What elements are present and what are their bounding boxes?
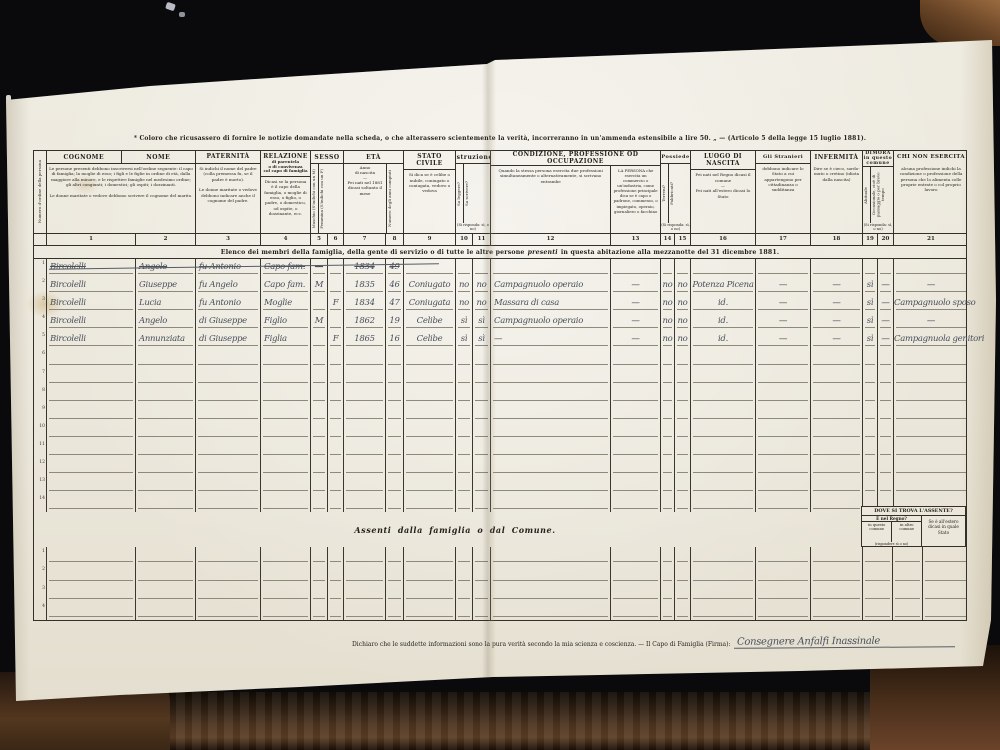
cell-professione xyxy=(491,349,611,367)
cell-anno xyxy=(344,440,386,458)
cell-nome xyxy=(136,584,196,602)
cell-nascita: Potenza Picena xyxy=(691,277,756,295)
cell-professione xyxy=(491,386,611,404)
cell-nome xyxy=(136,458,196,476)
cell-nascita: id. xyxy=(691,313,756,331)
cell-cognome xyxy=(47,602,136,620)
cell-m xyxy=(311,565,328,583)
cell-nascita xyxy=(691,368,756,386)
cell-paternita xyxy=(196,440,261,458)
cell-nome xyxy=(136,440,196,458)
cell-legge: no xyxy=(456,295,473,313)
cell-f xyxy=(328,277,344,295)
table-row: 6 xyxy=(34,349,966,367)
cell-dove2 xyxy=(893,547,923,565)
cell-stato: Coniugato xyxy=(404,277,456,295)
cell-persona: — xyxy=(611,331,661,349)
cell-cognome xyxy=(47,458,136,476)
cell-relazione xyxy=(261,386,311,404)
head-of-family-signature: Consegnere Anfalfi Inassinale xyxy=(734,635,955,649)
cell-professione xyxy=(491,259,611,277)
table-row: 4BircolelliAngelodi GiuseppeFiglioM18621… xyxy=(34,313,966,331)
cell-paternita xyxy=(196,565,261,583)
cell-scrive xyxy=(473,386,491,404)
cell-infermita xyxy=(811,584,863,602)
altro-comune-label: in altro comune xyxy=(891,522,921,542)
cell-stato: Celibe xyxy=(404,313,456,331)
table-row: 3BircolelliLuciafu AntonioMoglieF183447C… xyxy=(34,295,966,313)
cell-m xyxy=(311,404,328,422)
cell-persona xyxy=(611,565,661,583)
cell-stranieri xyxy=(756,458,811,476)
cell-legge xyxy=(456,458,473,476)
cell-fabbricati xyxy=(675,565,691,583)
cell-terreni xyxy=(661,404,675,422)
cell-persona xyxy=(611,547,661,565)
row-number: 8 xyxy=(34,386,47,404)
cell-relazione: Capo fam. xyxy=(261,259,311,277)
cell-f xyxy=(328,602,344,620)
cell-nascita xyxy=(691,476,756,494)
census-sheet: * Coloro che ricusassero di fornire le n… xyxy=(0,0,1000,750)
stranieri-header: Gli Stranieri debbono indicare lo Stato … xyxy=(756,151,811,233)
cell-paternita xyxy=(196,476,261,494)
cell-infermita: — xyxy=(811,295,863,313)
table-row: 12 xyxy=(34,458,966,476)
cell-cognome xyxy=(47,584,136,602)
cell-f xyxy=(328,313,344,331)
cell-anni xyxy=(386,602,404,620)
cell-scrive: sì xyxy=(473,313,491,331)
column-number: 21 xyxy=(894,234,968,245)
cell-terreni xyxy=(661,440,675,458)
cell-occasionale xyxy=(878,386,894,404)
cell-infermita xyxy=(811,602,863,620)
cell-infermita xyxy=(811,349,863,367)
cell-terreni: no xyxy=(661,313,675,331)
cell-cognome xyxy=(47,440,136,458)
femmina-label: Femmina (S'indichi con un F) xyxy=(319,168,326,230)
cell-anni xyxy=(386,547,404,565)
cell-abituale: sì xyxy=(863,331,878,349)
cell-legge xyxy=(456,440,473,458)
cell-relazione xyxy=(261,565,311,583)
cell-m: — xyxy=(311,259,328,277)
cell-dove3 xyxy=(923,584,968,602)
cell-terreni xyxy=(661,259,675,277)
presenti-emphasis: presenti xyxy=(528,249,558,256)
absent-rows: 1234 xyxy=(34,547,966,619)
cell-stranieri xyxy=(756,440,811,458)
paternita-header: PATERNITÀ Si indichi il nome del padre (… xyxy=(196,151,261,233)
row-number: 10 xyxy=(34,422,47,440)
cell-anno: 1834 xyxy=(344,295,386,313)
cell-persona xyxy=(611,368,661,386)
cell-f xyxy=(328,422,344,440)
cell-paternita xyxy=(196,422,261,440)
cell-nome xyxy=(136,386,196,404)
column-number: 2 xyxy=(136,234,196,245)
cell-professione xyxy=(491,584,611,602)
cell-scrive: sì xyxy=(473,331,491,349)
cell-nascita xyxy=(691,494,756,512)
cell-stato xyxy=(404,565,456,583)
cell-nome xyxy=(136,368,196,386)
cell-stranieri: — xyxy=(756,277,811,295)
cell-relazione xyxy=(261,422,311,440)
cell-relazione xyxy=(261,602,311,620)
cell-cognome xyxy=(47,404,136,422)
cell-fabbricati xyxy=(675,259,691,277)
cell-fabbricati xyxy=(675,458,691,476)
order-number-header: Numero d'ordine della persona xyxy=(34,151,47,233)
cell-fabbricati xyxy=(675,547,691,565)
due-professioni-desc: Quando la stessa persona esercita due pr… xyxy=(491,166,610,233)
cell-nome xyxy=(136,422,196,440)
cell-fabbricati xyxy=(675,386,691,404)
cell-professione xyxy=(491,440,611,458)
cell-stato xyxy=(404,602,456,620)
cell-stato xyxy=(404,349,456,367)
cell-abituale: sì xyxy=(863,313,878,331)
cell-f xyxy=(328,565,344,583)
cell-relazione: Capo fam. xyxy=(261,277,311,295)
cell-professione: Campagnuolo operaio xyxy=(491,313,611,331)
declaration: Dichiaro che le suddette informazioni so… xyxy=(352,636,955,648)
cell-fabbricati: no xyxy=(675,277,691,295)
cell-dove3 xyxy=(923,565,968,583)
table-row: 11 xyxy=(34,440,966,458)
cell-anni xyxy=(386,494,404,512)
cell-nascita xyxy=(691,349,756,367)
cell-anno xyxy=(344,404,386,422)
column-number: 19 xyxy=(863,234,878,245)
row-number: 1 xyxy=(34,547,47,565)
cell-stranieri xyxy=(756,404,811,422)
cell-dove3 xyxy=(923,547,968,565)
cell-nascita xyxy=(691,422,756,440)
cell-persona: — xyxy=(611,277,661,295)
cell-dove1 xyxy=(863,584,893,602)
cell-persona: — xyxy=(611,295,661,313)
paper-clip-speck xyxy=(165,2,176,11)
cell-fabbricati xyxy=(675,368,691,386)
cell-paternita: fu Antonio xyxy=(196,295,261,313)
cell-cognome xyxy=(47,476,136,494)
cell-terreni xyxy=(661,349,675,367)
cell-persona xyxy=(611,494,661,512)
occasionale-label: Occasionale, cioè di passaggio o per bre… xyxy=(871,167,887,223)
cell-cognome xyxy=(47,386,136,404)
cell-legge xyxy=(456,404,473,422)
cell-f xyxy=(328,259,344,277)
cell-abituale: sì xyxy=(863,295,878,313)
cell-scrive xyxy=(473,494,491,512)
cell-scrive: no xyxy=(473,295,491,313)
column-number: 9 xyxy=(404,234,456,245)
fabbricati-label: Fabbricati? xyxy=(669,181,676,206)
cell-abituale xyxy=(863,386,878,404)
cell-fabbricati xyxy=(675,422,691,440)
cell-occasionale xyxy=(878,368,894,386)
cell-relazione xyxy=(261,349,311,367)
photo-scene: * Coloro che ricusassero di fornire le n… xyxy=(0,0,1000,750)
column-number: 17 xyxy=(756,234,811,245)
cell-anno xyxy=(344,494,386,512)
cell-infermita xyxy=(811,386,863,404)
cell-stato xyxy=(404,404,456,422)
cell-cognome: Bircolelli xyxy=(47,295,136,313)
cell-nascita xyxy=(691,565,756,583)
census-table: Numero d'ordine della persona COGNOME NO… xyxy=(33,150,967,621)
cell-alimenta xyxy=(894,386,968,404)
cell-stranieri xyxy=(756,565,811,583)
cell-stranieri xyxy=(756,584,811,602)
dimora-header: DIMORA in questo comune Abituale Occasio… xyxy=(863,151,894,233)
abituale-label: Abituale xyxy=(863,186,870,205)
cell-relazione xyxy=(261,547,311,565)
istruzione-header: Istruzione Sa leggere? Sa scrivere? (Si … xyxy=(456,151,491,233)
cell-stranieri xyxy=(756,422,811,440)
cell-paternita: di Giuseppe xyxy=(196,331,261,349)
cell-legge xyxy=(456,584,473,602)
cell-anno xyxy=(344,565,386,583)
cell-stato xyxy=(404,440,456,458)
cell-scrive xyxy=(473,440,491,458)
cell-terreni: no xyxy=(661,295,675,313)
cell-f xyxy=(328,386,344,404)
cell-legge: sì xyxy=(456,313,473,331)
cell-dove1 xyxy=(863,547,893,565)
row-number: 2 xyxy=(34,277,47,295)
cell-professione xyxy=(491,547,611,565)
cell-occasionale xyxy=(878,440,894,458)
cell-terreni xyxy=(661,458,675,476)
cell-cognome xyxy=(47,422,136,440)
cell-persona: — xyxy=(611,313,661,331)
cell-occasionale xyxy=(878,404,894,422)
row-number: 5 xyxy=(34,331,47,349)
cell-paternita xyxy=(196,349,261,367)
cell-scrive xyxy=(473,602,491,620)
cell-occasionale xyxy=(878,259,894,277)
condizione-header: CONDIZIONE, PROFESSIONE OD OCCUPAZIONE Q… xyxy=(491,151,661,233)
cell-scrive xyxy=(473,259,491,277)
column-number: 11 xyxy=(473,234,491,245)
cell-m xyxy=(311,602,328,620)
absent-location-header: DOVE SI TROVA L'ASSENTE? È nel Regno? in… xyxy=(861,506,966,547)
cell-legge xyxy=(456,422,473,440)
cell-persona xyxy=(611,422,661,440)
cell-terreni xyxy=(661,494,675,512)
cell-scrive xyxy=(473,584,491,602)
cell-nome: Angelo xyxy=(136,259,196,277)
cell-nascita xyxy=(691,584,756,602)
cell-cognome: Bircolelli xyxy=(47,259,136,277)
cell-nome: Giuseppe xyxy=(136,277,196,295)
cell-fabbricati xyxy=(675,602,691,620)
cell-stato: Coniugata xyxy=(404,295,456,313)
cell-infermita xyxy=(811,422,863,440)
cell-professione xyxy=(491,368,611,386)
cell-anni xyxy=(386,458,404,476)
cell-alimenta: Campagnuola genitori xyxy=(894,331,968,349)
cell-legge xyxy=(456,476,473,494)
cell-paternita xyxy=(196,494,261,512)
cell-scrive xyxy=(473,547,491,565)
cell-nome: Lucia xyxy=(136,295,196,313)
anni-compiuti-label: Numero degli anni compiuti xyxy=(387,169,394,228)
cell-fabbricati xyxy=(675,440,691,458)
table-row: 14 xyxy=(34,494,966,512)
cell-nascita xyxy=(691,602,756,620)
cell-terreni: no xyxy=(661,331,675,349)
table-row: 2BircolelliGiuseppefu AngeloCapo fam.M18… xyxy=(34,277,966,295)
cell-abituale xyxy=(863,422,878,440)
cell-scrive xyxy=(473,565,491,583)
cell-m xyxy=(311,476,328,494)
cognome-nome-header: COGNOME NOME Le persone presenti debbono… xyxy=(47,151,196,233)
cell-stranieri xyxy=(756,349,811,367)
stato-civile-header: STATO CIVILE Si dica se è celibe o nubil… xyxy=(404,151,456,233)
cell-occasionale xyxy=(878,349,894,367)
cell-stranieri: — xyxy=(756,331,811,349)
cell-fabbricati xyxy=(675,349,691,367)
cell-occasionale xyxy=(878,458,894,476)
cell-relazione xyxy=(261,494,311,512)
cell-nome xyxy=(136,565,196,583)
cell-paternita xyxy=(196,547,261,565)
cell-professione: — xyxy=(491,331,611,349)
cell-stranieri xyxy=(756,602,811,620)
cell-anno xyxy=(344,584,386,602)
table-row: 13 xyxy=(34,476,966,494)
cell-f xyxy=(328,368,344,386)
cell-legge: sì xyxy=(456,331,473,349)
sa-scrivere-label: Sa scrivere? xyxy=(464,180,471,207)
cell-fabbricati xyxy=(675,494,691,512)
cell-m xyxy=(311,386,328,404)
cell-nascita xyxy=(691,440,756,458)
cell-terreni xyxy=(661,547,675,565)
cell-paternita xyxy=(196,368,261,386)
cell-anni xyxy=(386,584,404,602)
row-number: 13 xyxy=(34,476,47,494)
cell-anno: 1862 xyxy=(344,313,386,331)
cell-stato xyxy=(404,368,456,386)
cell-anno xyxy=(344,349,386,367)
cell-nome xyxy=(136,404,196,422)
cell-persona xyxy=(611,259,661,277)
cell-anno: 1865 xyxy=(344,331,386,349)
cell-terreni xyxy=(661,422,675,440)
cell-stranieri xyxy=(756,476,811,494)
cell-scrive xyxy=(473,368,491,386)
cell-terreni: no xyxy=(661,277,675,295)
cell-infermita xyxy=(811,259,863,277)
table-header: Numero d'ordine della persona COGNOME NO… xyxy=(34,151,966,234)
number-row-spacer xyxy=(34,234,47,245)
penalty-note: * Coloro che ricusassero di fornire le n… xyxy=(33,135,967,142)
cell-anno xyxy=(344,368,386,386)
cell-persona xyxy=(611,458,661,476)
nome-title: NOME xyxy=(121,151,196,163)
cell-stato xyxy=(404,584,456,602)
cell-professione xyxy=(491,458,611,476)
cell-anni: 47 xyxy=(386,295,404,313)
table-row-struck: 1BircolelliAngelofu AntonioCapo fam.—183… xyxy=(34,259,966,277)
cell-occasionale: — xyxy=(878,313,894,331)
cell-alimenta xyxy=(894,259,968,277)
column-number: 5 xyxy=(311,234,328,245)
cell-abituale xyxy=(863,404,878,422)
cell-legge xyxy=(456,547,473,565)
cell-nascita: id. xyxy=(691,331,756,349)
cell-stranieri xyxy=(756,259,811,277)
cell-fabbricati: no xyxy=(675,295,691,313)
cell-legge xyxy=(456,368,473,386)
cell-cognome xyxy=(47,565,136,583)
cell-stranieri xyxy=(756,494,811,512)
cell-alimenta xyxy=(894,404,968,422)
cell-terreni xyxy=(661,476,675,494)
cell-alimenta xyxy=(894,349,968,367)
cell-anno xyxy=(344,602,386,620)
cell-anni xyxy=(386,440,404,458)
cell-cognome: Bircolelli xyxy=(47,313,136,331)
cell-m xyxy=(311,584,328,602)
row-number: 6 xyxy=(34,349,47,367)
cell-f xyxy=(328,494,344,512)
cell-infermita xyxy=(811,494,863,512)
column-number: 7 xyxy=(344,234,386,245)
cell-legge xyxy=(456,386,473,404)
row-number: 3 xyxy=(34,295,47,313)
table-row: 1 xyxy=(34,547,966,565)
cell-f: F xyxy=(328,331,344,349)
cell-dove1 xyxy=(863,565,893,583)
cell-anno xyxy=(344,547,386,565)
column-number: 8 xyxy=(386,234,404,245)
cell-relazione xyxy=(261,368,311,386)
column-number: 4 xyxy=(261,234,311,245)
cell-alimenta xyxy=(894,476,968,494)
cell-nascita xyxy=(691,404,756,422)
cell-abituale xyxy=(863,476,878,494)
cell-persona xyxy=(611,602,661,620)
cell-infermita xyxy=(811,547,863,565)
cell-abituale xyxy=(863,259,878,277)
cell-m xyxy=(311,368,328,386)
cell-relazione xyxy=(261,476,311,494)
cell-terreni xyxy=(661,368,675,386)
cell-f xyxy=(328,584,344,602)
cell-infermita: — xyxy=(811,331,863,349)
cell-anni xyxy=(386,386,404,404)
cognome-desc: Le persone presenti debbono inscriversi … xyxy=(47,164,195,200)
cell-scrive xyxy=(473,476,491,494)
possiede-header: Possiede Terreni? Fabbricati? (Si rispon… xyxy=(661,151,691,233)
row-number: 7 xyxy=(34,368,47,386)
table-row: 4 xyxy=(34,602,966,620)
column-number: 1 xyxy=(47,234,136,245)
cell-m xyxy=(311,458,328,476)
absent-section-title: Assenti dalla famiglia o dal Comune. xyxy=(34,512,966,547)
cognome-title: COGNOME xyxy=(47,151,121,163)
cell-nascita xyxy=(691,547,756,565)
row-number: 12 xyxy=(34,458,47,476)
relazione-header: RELAZIONEdi parentela o di convivenza co… xyxy=(261,151,311,233)
